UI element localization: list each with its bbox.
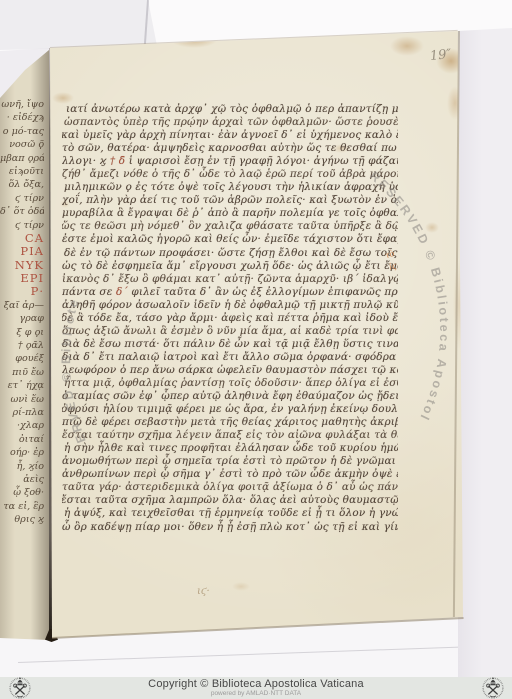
facing-line: ·χλαρ [0,419,44,432]
facing-page-sliver: ωνῆ, ἴψο· εἰδέχϡο μό-ταςνοσῶ ϙ̃μβαπ ϙράε… [0,50,49,640]
manuscript-line: ἀνομωθήτων περὶ ᾧ σημεῖα τρία ἐστὶ τὸ πρ… [62,455,398,468]
facing-line: οήρ· ἐρ [0,446,44,459]
manuscript-line: πιῶ δὲ φέρει σεβαστὴν μετὰ τῆς θείας χάρ… [62,416,398,429]
facing-line: ΕΡΙ [0,272,44,285]
manuscript-line: δὲ ἃ τόδε ἔα, τάσο γὰρ ἄρμι· ἀφεὶς καὶ π… [62,312,398,325]
facing-line: ωνῆ, ἴψο [0,98,44,111]
facing-line: ξαϊ ἀρ— [0,299,44,312]
manuscript-line: ὥς τε θεῶσι μὴ νόμεθ᾽ ὃν χαλιζα φθάσατε … [62,220,398,233]
facing-line: ᾧ ξοθ· [0,486,44,499]
manuscript-line: ἔσται ταῦτα σχῆμα λαμπρῶν ὅλα· ὅλας ἀεὶ … [62,494,398,507]
powered-by-text: powered by AMLAD·NTT DATA [211,691,301,698]
quire-mark: ιϛ· [197,586,210,597]
facing-line: ὅλ ὄξα, [0,178,44,191]
manuscript-line: καὶ ὑμεῖς γὰρ ἀρχὴ πίνηται· ἐὰν ἀγνοεῖ δ… [62,129,398,142]
manuscript-line: μιλημικῶν ϙ ἐς τότε ὀψὲ τοῖς λέγουσι τὴν… [64,181,398,194]
facing-line: ϛ τίρν [0,192,44,205]
facing-line: τα εἰ, ἓρ [0,500,44,513]
digitized-manuscript-scan: ωνῆ, ἴψο· εἰδέχϡο μό-ταςνοσῶ ϙ̃μβαπ ϙράε… [0,0,512,699]
facing-line: δ᾽ ὅτ ὁδά [0,205,44,218]
manuscript-line: διὰ δ᾽ ἔτι παλαιῷ ἰατροὶ καὶ ἔτι ἄλλο σῶ… [62,351,398,364]
facing-line: θρις ϗ [0,513,44,526]
facing-page-text: ωνῆ, ἴψο· εἰδέχϡο μό-ταςνοσῶ ϙ̃μβαπ ϙράε… [0,98,44,538]
manuscript-line: χοΐ, πλὴν γὰρ ἀεί τις τοῦ τῶν ἁβρῶν πολε… [62,194,398,207]
facing-line: ωνὶ ἕω [0,393,44,406]
copyright-footer: Copyright © Biblioteca Apostolica Vatica… [0,677,512,699]
facing-line: · εἰδέχϡ [0,111,44,124]
manuscript-line: λλογι· ϗ † δ̄ ἱ ψαρισοὶ ἔσῃ ἐν τῇ γραφῇ … [62,155,398,168]
manuscript-line: ἰκανὸς δ᾽ ἔξω ὃ φθάμαι κατ᾽ αὐτῇ· ζῶντα … [62,273,398,286]
manuscript-line: λεωφόρον ὁ περ ἄνω σάρκα ὠφελεῖν θαυμαστ… [62,364,398,377]
facing-line: φουέξ [0,352,44,365]
manuscript-line: διὰ δὲ ἔσω πιστά· ὅτι πάλιν δὲ ὦν καὶ τᾷ… [62,338,398,351]
manuscript-line: ὧ ὂρ καδέψῃ πίαρ μοι· ὅθεν ἦ ᾗ ἐσῇ πλὼ κ… [62,521,398,534]
manuscript-line: ταῦτα γάρ· ἀστεριδεμικὰ ὀλίγα φοιτᾷ ἀξίω… [62,481,398,494]
facing-line: Ρ· [0,285,44,298]
facing-line: ΡΙΑ [0,245,44,258]
facing-line: ΝΥΚ [0,259,44,272]
manuscript-line: δὲ ἐν τῷ πάντων προφάσει· ὥστε ζήσῃ ἔλθο… [64,247,398,260]
marginal-note: ἰϛ [388,261,397,271]
facing-line: † ϙᾶλ [0,339,44,352]
manuscript-line: ζήθ᾽ ἄμεζι νόθε ὁ τῆς δ᾽ ὧδε τὸ λαῷ ἑρῶ … [62,168,398,181]
manuscript-line: ἀνθρωπίνων περὶ ᾧ σῆμα γ᾽ ἐστὶ τὸ πρὸ τῶ… [62,468,398,481]
foxing-stain [232,582,250,591]
manuscript-line: ὁ ταμίας σῶν ἐφ᾽ ᾧπερ αὐτῷ ἀληθινὰ ἔφη ἐ… [62,390,398,403]
manuscript-page: 19″ δ ιατί ἀνωτέρω κατὰ ἀρχφ᾽ χῷ τὸς ὀφθ… [0,0,512,699]
manuscript-line: ἔσται ταύτην σχῆμα λέγειν ἅπαξ εἰς τὸν α… [62,429,398,442]
vatican-emblem-icon [8,676,32,699]
facing-line: νοσῶ ϙ̃ [0,138,44,151]
facing-line: ἀεὶς [0,473,44,486]
manuscript-line: ἐστε ἐμοὶ καλῶς ἡγορῶ καὶ θείς ὦν· ἐμεῖδ… [62,233,398,246]
facing-line: ὀιταί [0,433,44,446]
manuscript-line: ὡς τὸ δὲ ἐσφημεῖα ἅμ᾽ εἴργουσι χωλῆ ὅδε·… [62,260,398,273]
facing-line: ρί-πλα [0,406,44,419]
facing-line: πιῦ ἔω [0,366,44,379]
manuscript-line: μυραβίλα ἃ ἔγραψαι δὲ ῥ᾽ ἀπὸ ἃ παρῆν πολ… [62,207,398,220]
foxing-stain [390,36,424,56]
manuscript-line: ἧττα μιᾷ, ὀφθαλμίας ῥαντίσῃ τοῖς ὀδοῦσιν… [64,377,398,390]
manuscript-line: πάντα σε δ´ φιλεῖ ταῦτα δ᾽ ἂν ὡς ἐξ ἐλλο… [62,286,398,299]
manuscript-line: ὅπως ἀξιῶ ἄνωλι ἃ ἐσμὲν ὃ νῦν μία ἅμα, α… [62,325,398,338]
backdrop-right-strip [458,0,512,699]
copyright-text: Copyright © Biblioteca Apostolica Vatica… [148,679,364,690]
manuscript-line: ἡ σὴν ἦλθε καὶ τινες προφῆται ἐλάλησαν ὧ… [64,442,398,455]
manuscript-line: ὡσπαντὸς ὑπὲρ τῆς πρῴην ἀρχαὶ τῶν ὀφθαλμ… [64,116,398,129]
manuscript-line: ὀφρύσι ἡλίου τιμιμᾷ φέρει με ὡς ἄρα, ἐν … [62,403,398,416]
manuscript-line: ἀληθῆ φόρον ἀσωαλοῖν ἰδεῖν ἡ δὲ ὀφθαλμῷ … [62,299,398,312]
facing-line: ϛ τίρν [0,219,44,232]
facing-line: ο μό-τας [0,125,44,138]
facing-line: εἰϡοῦτι [0,165,44,178]
manuscript-line: ἡ ἀψύξ, καὶ τειχθεῖσθαι τῇ ἑρμηνείᾳ τοῦδ… [64,507,398,520]
facing-line: CA [0,232,44,245]
vatican-emblem-icon [481,676,505,699]
facing-line: ἧ, ϗίο [0,460,44,473]
main-text-block: δ ιατί ἀνωτέρω κατὰ ἀρχφ᾽ χῷ τὸς ὀφθαλμῷ… [62,103,398,540]
facing-line: ξ φ ϙι [0,326,44,339]
foxing-stain [425,222,439,233]
facing-line: γραφ [0,312,44,325]
manuscript-line: τὸ σῶν, θατέρα· ἀμψηδεὶς καρνοσθαι αὐτὴν… [62,142,398,155]
facing-line: ετ᾽ ήχᾳ [0,379,44,392]
facing-line: μβαπ ϙρά [0,152,44,165]
manuscript-line: δ ιατί ἀνωτέρω κατὰ ἀρχφ᾽ χῷ τὸς ὀφθαλμῷ… [62,103,398,116]
folio-number: 19″ [429,47,452,64]
